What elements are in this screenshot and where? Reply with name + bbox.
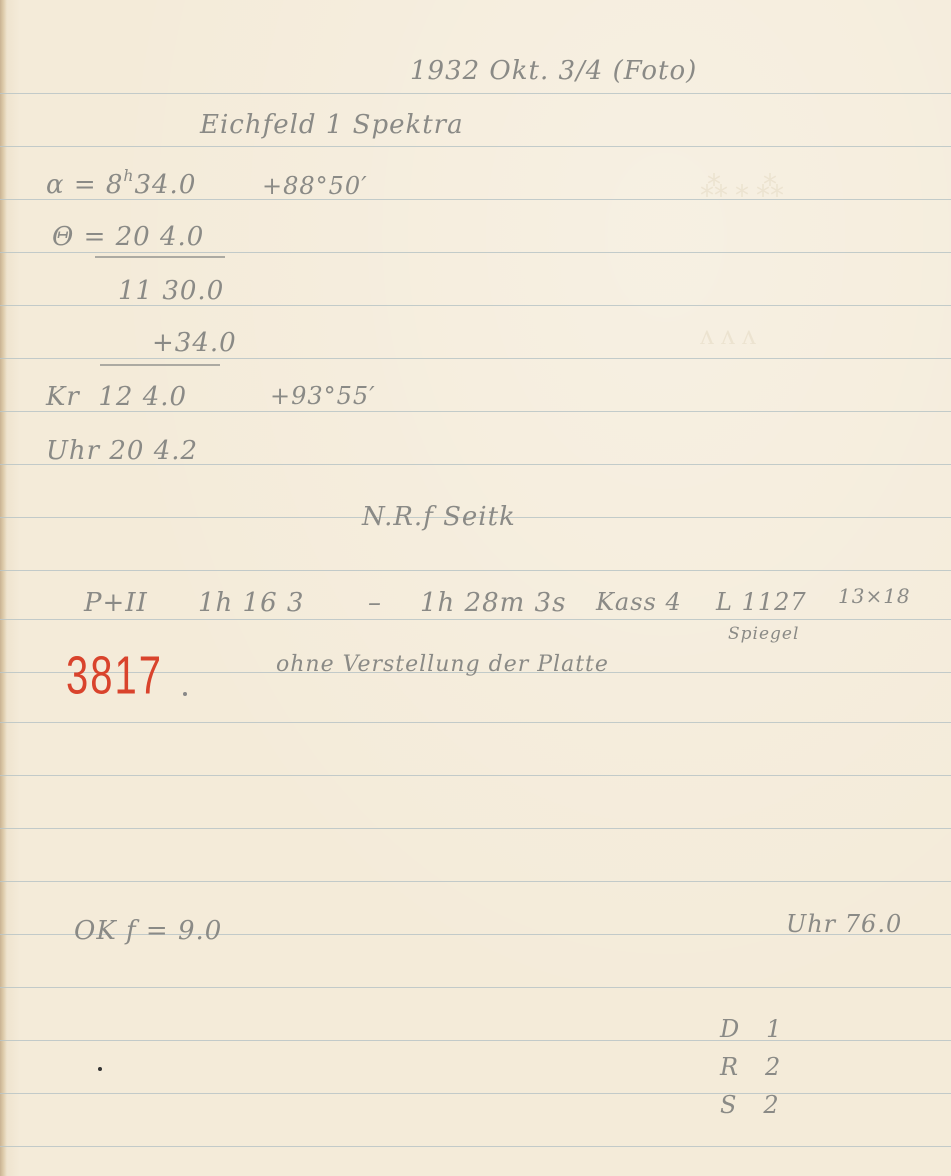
theta-label: Θ =	[52, 222, 106, 252]
correction-value: +34.0	[152, 328, 237, 358]
exposure-dash: –	[368, 588, 382, 618]
exposure-label: P+II	[84, 588, 148, 618]
entry-date: 1932 Okt. 3/4 (Foto)	[410, 56, 697, 86]
uhr-end-value: Uhr 76.0	[786, 910, 902, 938]
alpha-declination: +88°50′	[262, 172, 368, 200]
exposure-end: 1h 28m 3s	[420, 588, 566, 618]
sum-underline	[95, 256, 225, 258]
ruled-line	[0, 1040, 951, 1041]
ruled-line	[0, 987, 951, 988]
kr-label: Kr	[46, 382, 80, 412]
ruled-line	[0, 775, 951, 776]
rating-value: 2	[765, 1053, 781, 1081]
theta-value: 20 4.0	[116, 222, 205, 252]
rating-row: S 2	[720, 1086, 782, 1124]
rating-value: 2	[763, 1091, 779, 1119]
ruled-line	[0, 93, 951, 94]
rating-row: D 1	[720, 1010, 782, 1048]
show-through-text: ⁂ ⁎ ⁂	[700, 170, 784, 204]
ruled-line	[0, 828, 951, 829]
rating-symbol: S	[720, 1091, 737, 1119]
plate-number: 3817	[66, 646, 163, 707]
ratings-list: D 1 R 2 S 2	[720, 1010, 782, 1124]
show-through-text: ᴧ ᴧ ᴧ	[700, 320, 756, 352]
uhr-value: 20 4.2	[109, 436, 198, 466]
alpha-row: α = 8h34.0	[46, 170, 196, 200]
ruled-line	[0, 881, 951, 882]
rating-value: 1	[766, 1015, 782, 1043]
plate-note: Spiegel	[728, 624, 799, 644]
okf-value: OK f = 9.0	[74, 916, 222, 946]
uhr-row: Uhr 20 4.2	[46, 436, 198, 466]
rating-symbol: R	[720, 1053, 739, 1081]
alpha-label: α =	[46, 170, 97, 200]
rating-row: R 2	[720, 1048, 782, 1086]
alpha-minutes: 34.0	[134, 170, 196, 200]
kr-declination: +93°55′	[270, 382, 376, 410]
difference-value: 11 30.0	[118, 276, 224, 306]
ruled-line	[0, 1146, 951, 1147]
pencil-dot	[183, 692, 187, 696]
plate-id: L 1127	[716, 588, 807, 616]
section-heading: N.R.f Seitk	[362, 502, 516, 532]
cassette: Kass 4	[596, 588, 682, 616]
plate-size: 13×18	[838, 584, 911, 608]
notebook-page: ⁂ ⁎ ⁂ ᴧ ᴧ ᴧ 1932 Okt. 3/4 (Foto) Eichfel…	[0, 0, 951, 1176]
alpha-hours: 8	[106, 170, 124, 200]
theta-row: Θ = 20 4.0	[52, 222, 204, 252]
exposure-start: 1h 16 3	[198, 588, 304, 618]
sum-underline	[100, 364, 220, 366]
kr-value: 12 4.0	[98, 382, 187, 412]
ruled-line	[0, 570, 951, 571]
ruled-line	[0, 619, 951, 620]
uhr-label: Uhr	[46, 436, 100, 466]
ruled-line	[0, 1093, 951, 1094]
kr-row: Kr 12 4.0	[46, 382, 187, 412]
pencil-dot	[98, 1067, 102, 1071]
ruled-line	[0, 722, 951, 723]
ruled-line	[0, 252, 951, 253]
plate-note-text: ohne Verstellung der Platte	[276, 652, 609, 677]
ruled-line	[0, 358, 951, 359]
rating-symbol: D	[720, 1015, 740, 1043]
entry-subject: Eichfeld 1 Spektra	[200, 110, 464, 140]
ruled-line	[0, 146, 951, 147]
